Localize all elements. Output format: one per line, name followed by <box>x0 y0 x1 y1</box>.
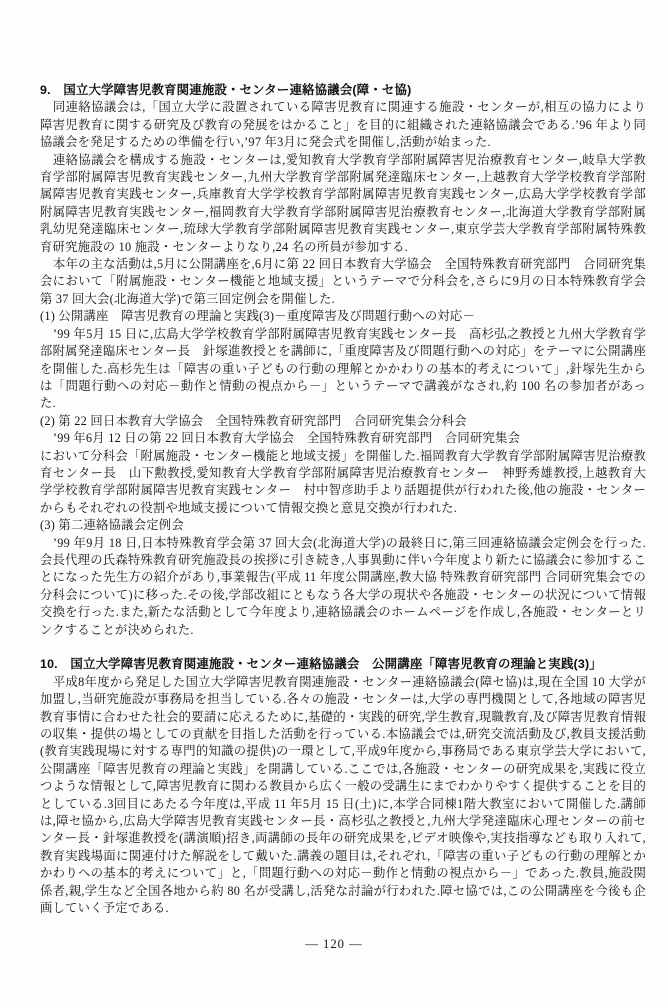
subsection-3-body: ’99 年9月 18 日,日本特殊教育学会第 37 回大会(北海道大学)の最終日… <box>40 535 646 639</box>
subsection-1-heading: (1) 公開講座 障害児教育の理論と実践(3)－重度障害及び問題行動への対応－ <box>40 308 646 325</box>
subsection-3-heading: (3) 第二連絡協議会定例会 <box>40 517 646 534</box>
section-10-body: 平成8年度から発足した国立大学障害児教育関連施設・センター連絡協議会(障セ協)は… <box>40 674 646 918</box>
section-9-paragraph-3: 本年の主な活動は,5月に公開講座を,6月に第 22 回日本教育大学協会 全国特殊… <box>40 256 646 308</box>
subsection-2-body: において分科会「附属施設・センター機能と地域支援」を開催した.福岡教育大学教育学… <box>40 448 646 518</box>
subsection-2-intro-line: ’99 年6月 12 日の第 22 回日本教育大学協会 全国特殊教育研究部門 合… <box>40 430 646 447</box>
section-10-heading: 10. 国立大学障害児教育関連施設・センター連絡協議会 公開講座「障害児教育の理… <box>40 656 646 673</box>
section-9-paragraph-1: 同連絡協議会は,「国立大学に設置されている障害児教育に関連する施設・センターが,… <box>40 99 646 151</box>
blank-line-separator <box>40 639 646 656</box>
text-block: 9. 国立大学障害児教育関連施設・センター連絡協議会(障・セ協) 同連絡協議会は… <box>40 82 646 917</box>
page-number: — 120 — <box>0 937 668 952</box>
section-9-heading: 9. 国立大学障害児教育関連施設・センター連絡協議会(障・セ協) <box>40 82 646 99</box>
section-9-paragraph-2: 連絡協議会を構成する施設・センターは,愛知教育大学教育学部附属障害児治療教育セン… <box>40 152 646 256</box>
subsection-1-body: ’99 年5月 15 日に,広島大学学校教育学部附属障害児教育実践センター長 高… <box>40 326 646 413</box>
document-page: 9. 国立大学障害児教育関連施設・センター連絡協議会(障・セ協) 同連絡協議会は… <box>0 0 668 1008</box>
subsection-2-heading: (2) 第 22 回日本教育大学協会 全国特殊教育研究部門 合同研究集会分科会 <box>40 413 646 430</box>
